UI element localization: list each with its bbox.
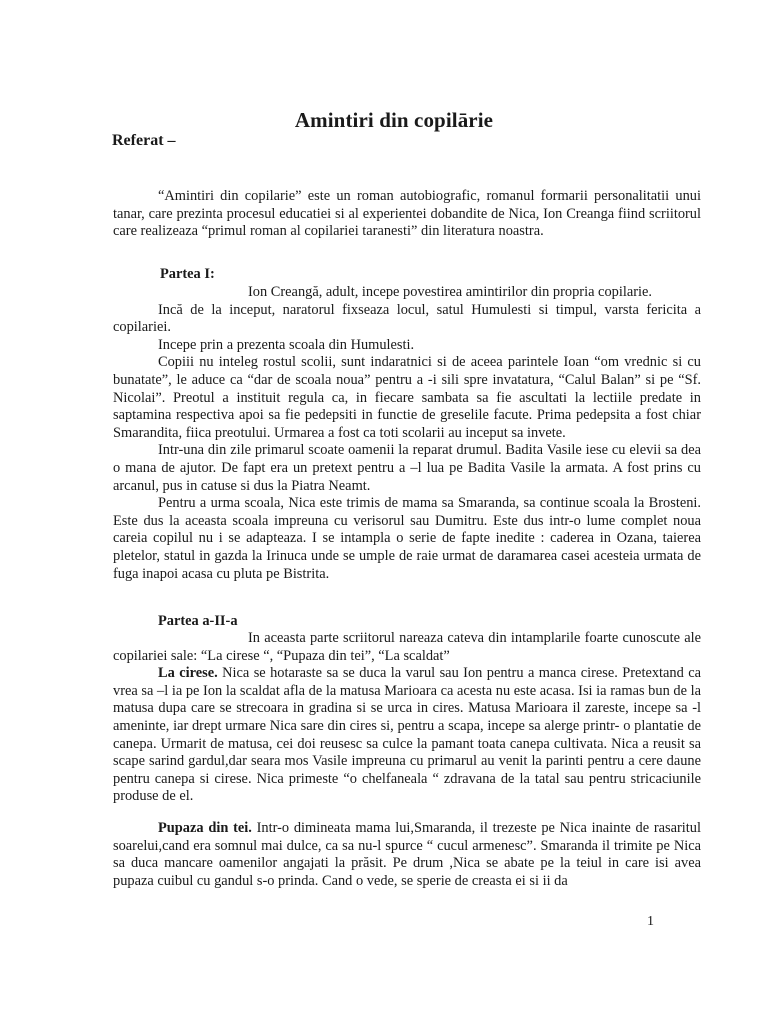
intro-paragraph: “Amintiri din copilarie” este un roman a… (113, 188, 701, 241)
page-number: 1 (647, 914, 654, 930)
section-la-cirese: La cirese. Nica se hotaraste sa se duca … (113, 665, 701, 806)
part1-paragraph: Intr-una din zile primarul scoate oameni… (113, 442, 701, 495)
section-text: Nica se hotaraste sa se duca la varul sa… (113, 665, 701, 804)
part1-paragraph: Pentru a urma scoala, Nica este trimis d… (113, 495, 701, 583)
part1-body: Ion Creangă, adult, incepe povestirea am… (113, 284, 701, 583)
section-pupaza-din-tei: Pupaza din tei. Intr-o dimineata mama lu… (113, 820, 701, 890)
part1-paragraph: Incă de la inceput, naratorul fixseaza l… (113, 302, 701, 337)
part2-body-continued: Pupaza din tei. Intr-o dimineata mama lu… (113, 820, 701, 890)
document-subtitle: Referat – (112, 132, 176, 150)
part1-heading: Partea I: (160, 266, 215, 283)
section-label: Pupaza din tei. (158, 820, 252, 836)
part1-paragraph: Ion Creangă, adult, incepe povestirea am… (113, 284, 701, 302)
part2-heading: Partea a-II-a (158, 613, 238, 630)
document-page: Amintiri din copilārie Referat – “Aminti… (0, 0, 768, 1024)
part2-intro: In aceasta parte scriitorul nareaza cate… (113, 630, 701, 665)
part1-paragraph: Incepe prin a prezenta scoala din Humule… (113, 337, 701, 355)
part1-paragraph: Copiii nu inteleg rostul scolii, sunt in… (113, 354, 701, 442)
part2-body: In aceasta parte scriitorul nareaza cate… (113, 630, 701, 806)
document-title: Amintiri din copilārie (0, 108, 768, 133)
intro-text: “Amintiri din copilarie” este un roman a… (113, 188, 701, 241)
section-label: La cirese. (158, 665, 218, 681)
